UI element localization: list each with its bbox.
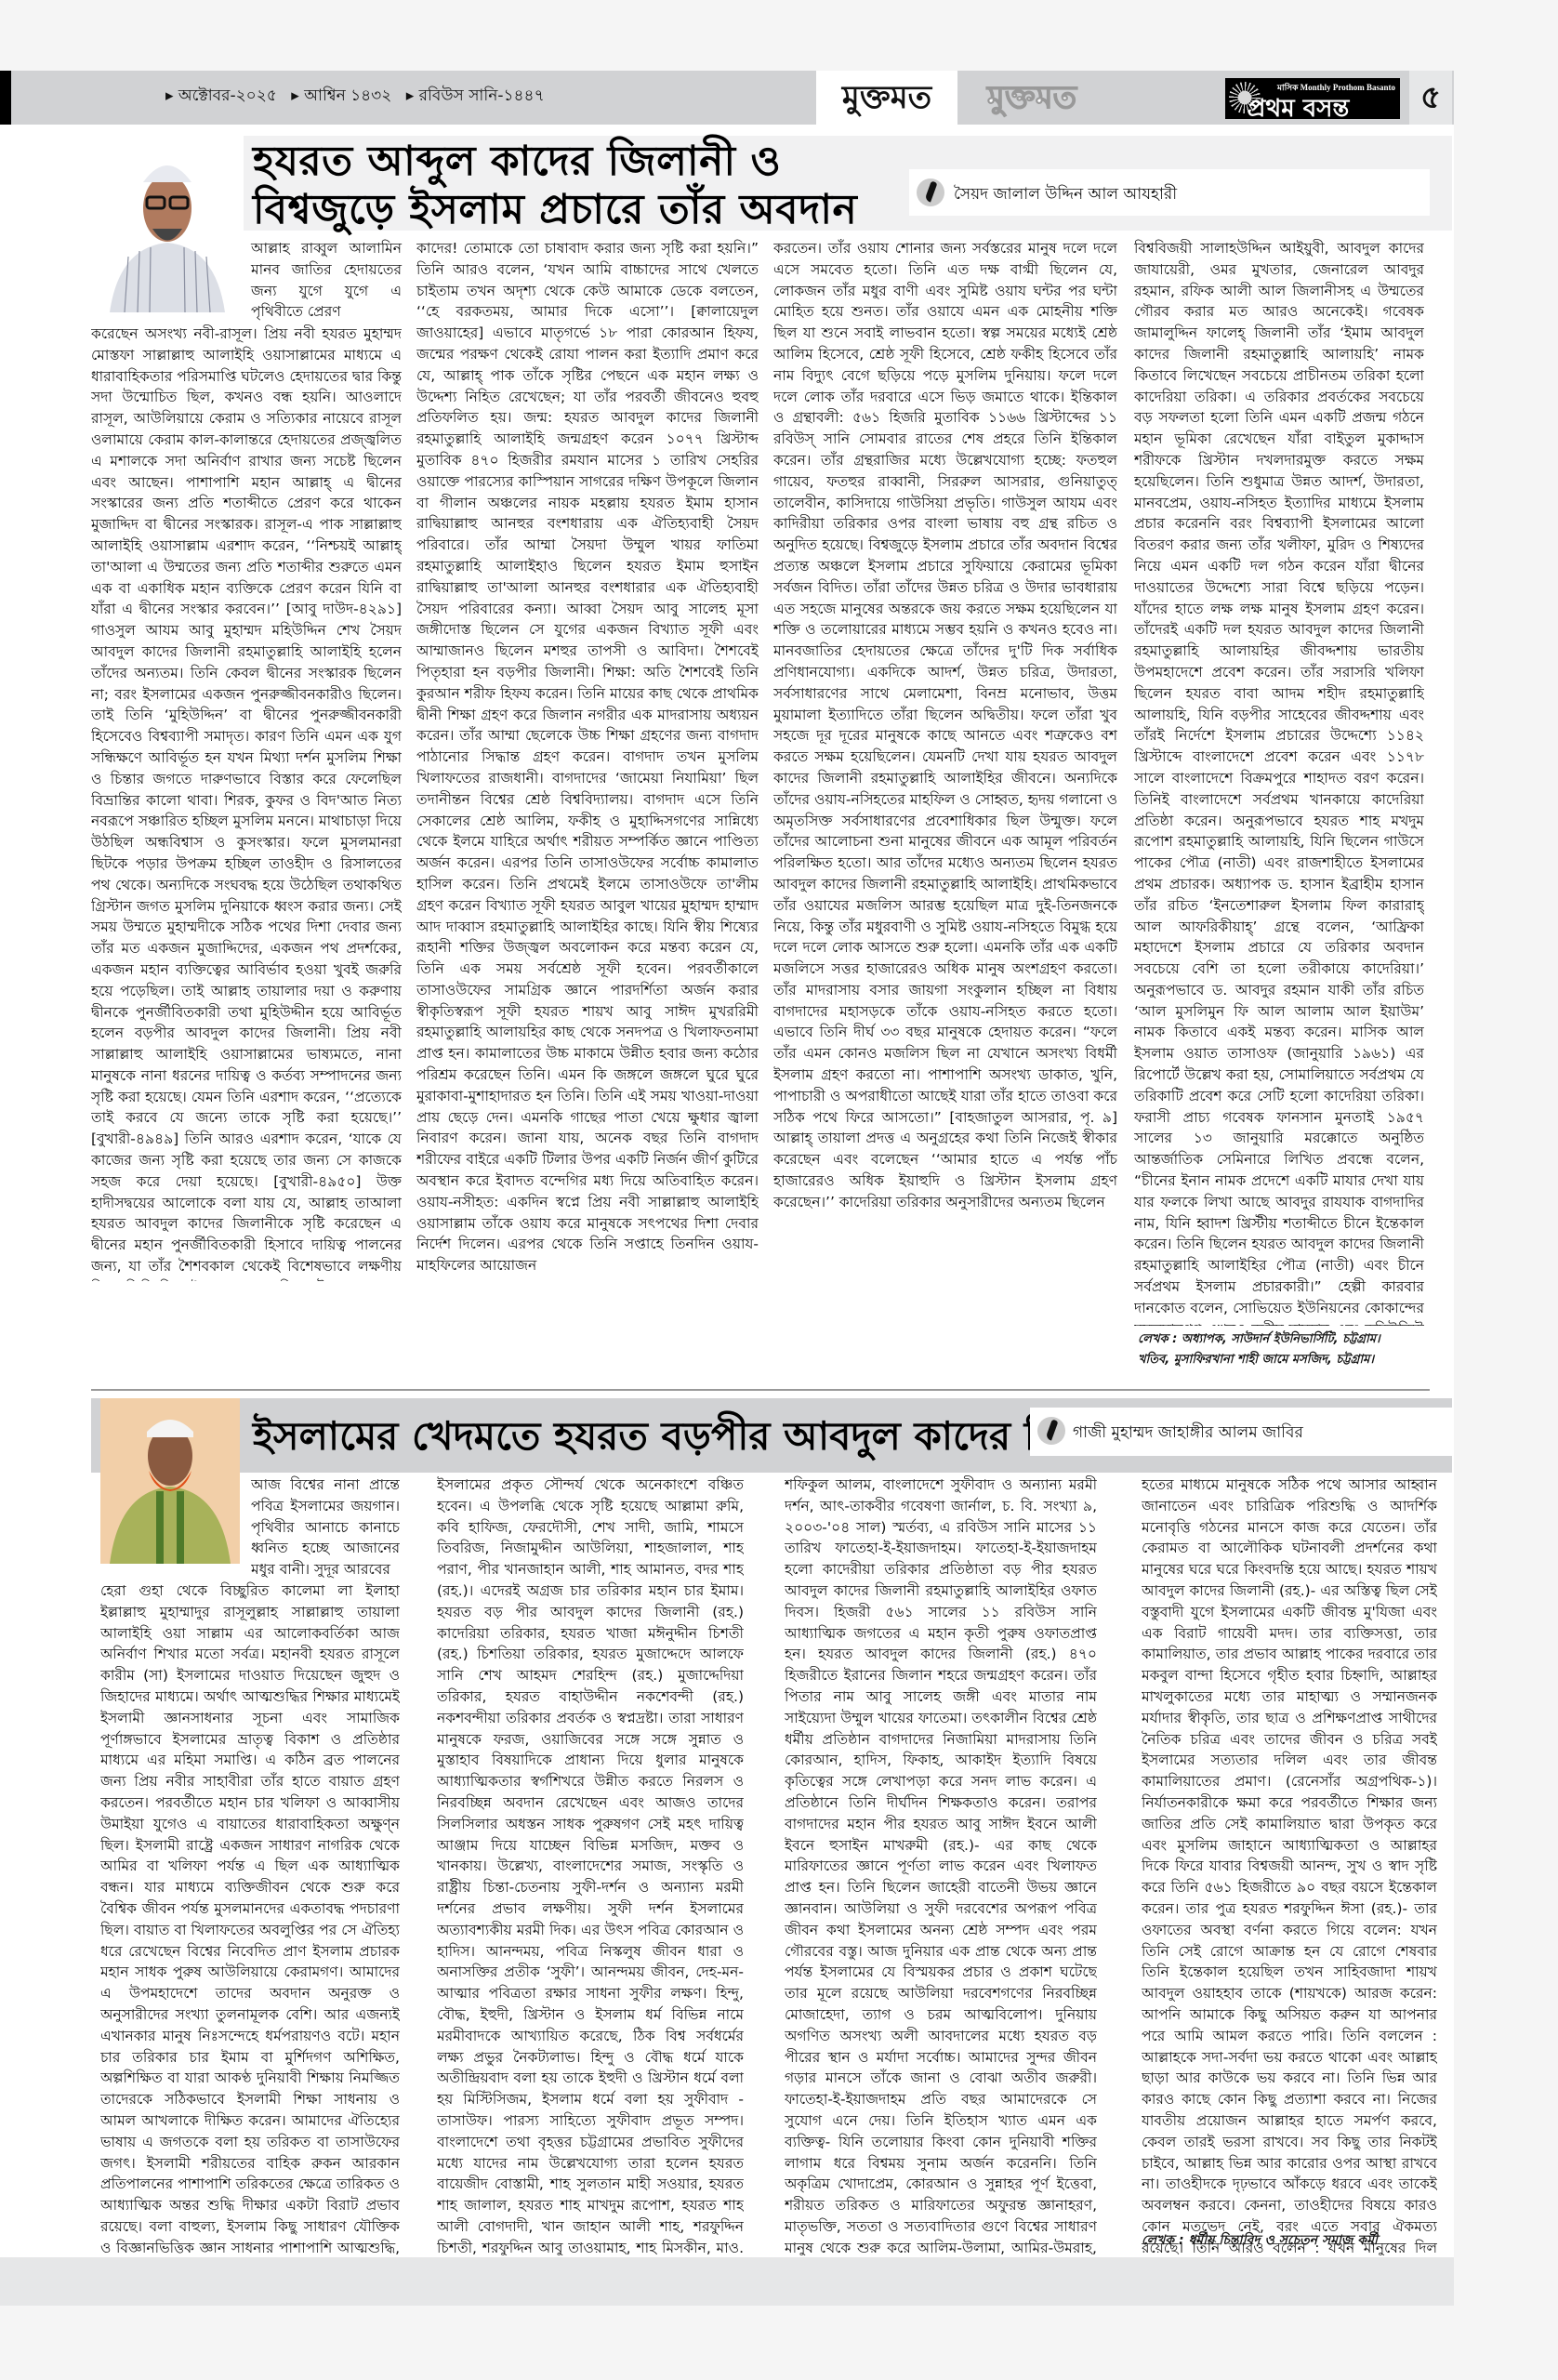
article1-author-name: সৈয়দ জালাল উদ্দিন আল আযহারী: [954, 182, 1177, 208]
article2-column-4: হতের মাধ্যমে মানুষকে সঠিক পথে আসার আহ্বা…: [1142, 1474, 1437, 2255]
article1-author-credit: লেখক : অধ্যাপক, সাউদার্ন ইউনিভার্সিটি, চ…: [1138, 1329, 1435, 1370]
article2-author-photo: [100, 1398, 240, 1564]
article1-byline: সৈয়দ জালাল উদ্দিন আল আযহারী: [909, 169, 1430, 216]
article2-column-1: হেরা গুহা থেকে বিচ্ছুরিত কালেমা লা ইলাহা…: [100, 1580, 400, 2259]
article1-author-photo: [91, 136, 244, 312]
article2-column-3: শফিকুল আলম, বাংলাদেশে সুফীবাদ ও অন্যান্য…: [785, 1474, 1097, 2255]
article1-column-2: কাদের! তোমাকে তো চাষাবাদ করার জন্য সৃষ্ট…: [416, 238, 759, 1279]
article1-title: হযরত আব্দুল কাদের জিলানী ও বিশ্বজুড়ে ইস…: [253, 138, 857, 234]
article1-column-3: করতেন। তাঁর ওয়ায শোনার জন্য সর্বস্তরের …: [773, 238, 1117, 1279]
date-hijri: ▸ রবিউস সানি-১৪৪৭: [406, 86, 545, 105]
credit-line-1: লেখক : অধ্যাপক, সাউদার্ন ইউনিভার্সিটি, চ…: [1138, 1329, 1435, 1350]
pen-icon: [1037, 1417, 1065, 1445]
article2-byline: গাজী মুহাম্মদ জাহাঙ্গীর আলম জাবির: [1030, 1408, 1452, 1456]
author-portrait-icon: [91, 136, 244, 312]
masthead: ▸ অক্টোবর-২০২৫ ▸ আশ্বিন ১৪৩২ ▸ রবিউস সান…: [0, 71, 1454, 125]
section-label-ghost: মুক্তমত: [967, 71, 1097, 125]
article2-intro-text: আজ বিশ্বের নানা প্রান্তে পবিত্র ইসলামের …: [251, 1474, 400, 1586]
date-bengali: ▸ আশ্বিন ১৪৩২: [291, 86, 391, 105]
article2-author-credit: লেখক : ধর্মীয় চিন্তাবিদ ও সচেতন সমাজ কর…: [1142, 2229, 1378, 2252]
masthead-edge-bar: [0, 71, 11, 125]
credit-line-2: খতিব, মুসাফিরখানা শাহী জামে মসজিদ, চট্টগ…: [1138, 1350, 1435, 1370]
article1-title-line2: বিশ্বজুড়ে ইসলাম প্রচারে তাঁর অবদান: [253, 186, 857, 234]
pen-icon: [917, 178, 944, 206]
dateline: ▸ অক্টোবর-২০২৫ ▸ আশ্বিন ১৪৩২ ▸ রবিউস সান…: [165, 84, 554, 110]
author-portrait-icon: [100, 1398, 240, 1564]
section-label: মুক্তমত: [816, 71, 957, 125]
article1-column-1: করেছেন অসংখ্য নবী-রাসূল। প্রিয় নবী হযরত…: [91, 324, 402, 1281]
article2-author-name: গাজী মুহাম্মদ জাহাঙ্গীর আলম জাবির: [1073, 1421, 1303, 1447]
article1-title-line1: হযরত আব্দুল কাদের জিলানী ও: [253, 138, 857, 186]
article-divider: [91, 1389, 1430, 1391]
brand-logo: মাসিক Monthly Prothom Basanto প্রথম বসন্…: [1225, 78, 1400, 119]
footer-band: [0, 2257, 1454, 2306]
article1-intro-text: আল্লাহ রাব্বুল আলামিন মানব জাতির হেদায়ত…: [251, 238, 402, 323]
date-gregorian: ▸ অক্টোবর-২০২৫: [165, 86, 277, 105]
article1-column-4: বিশ্ববিজয়ী সালাহউদ্দিন আইয়ুবী, আবদুল ক…: [1134, 238, 1424, 1326]
article2-column-2: ইসলামের প্রকৃত সৌন্দর্য থেকে অনেকাংশে বঞ…: [437, 1474, 744, 2255]
page-number: ৫: [1409, 71, 1452, 125]
brand-name: প্রথম বসন্ত: [1248, 89, 1349, 130]
